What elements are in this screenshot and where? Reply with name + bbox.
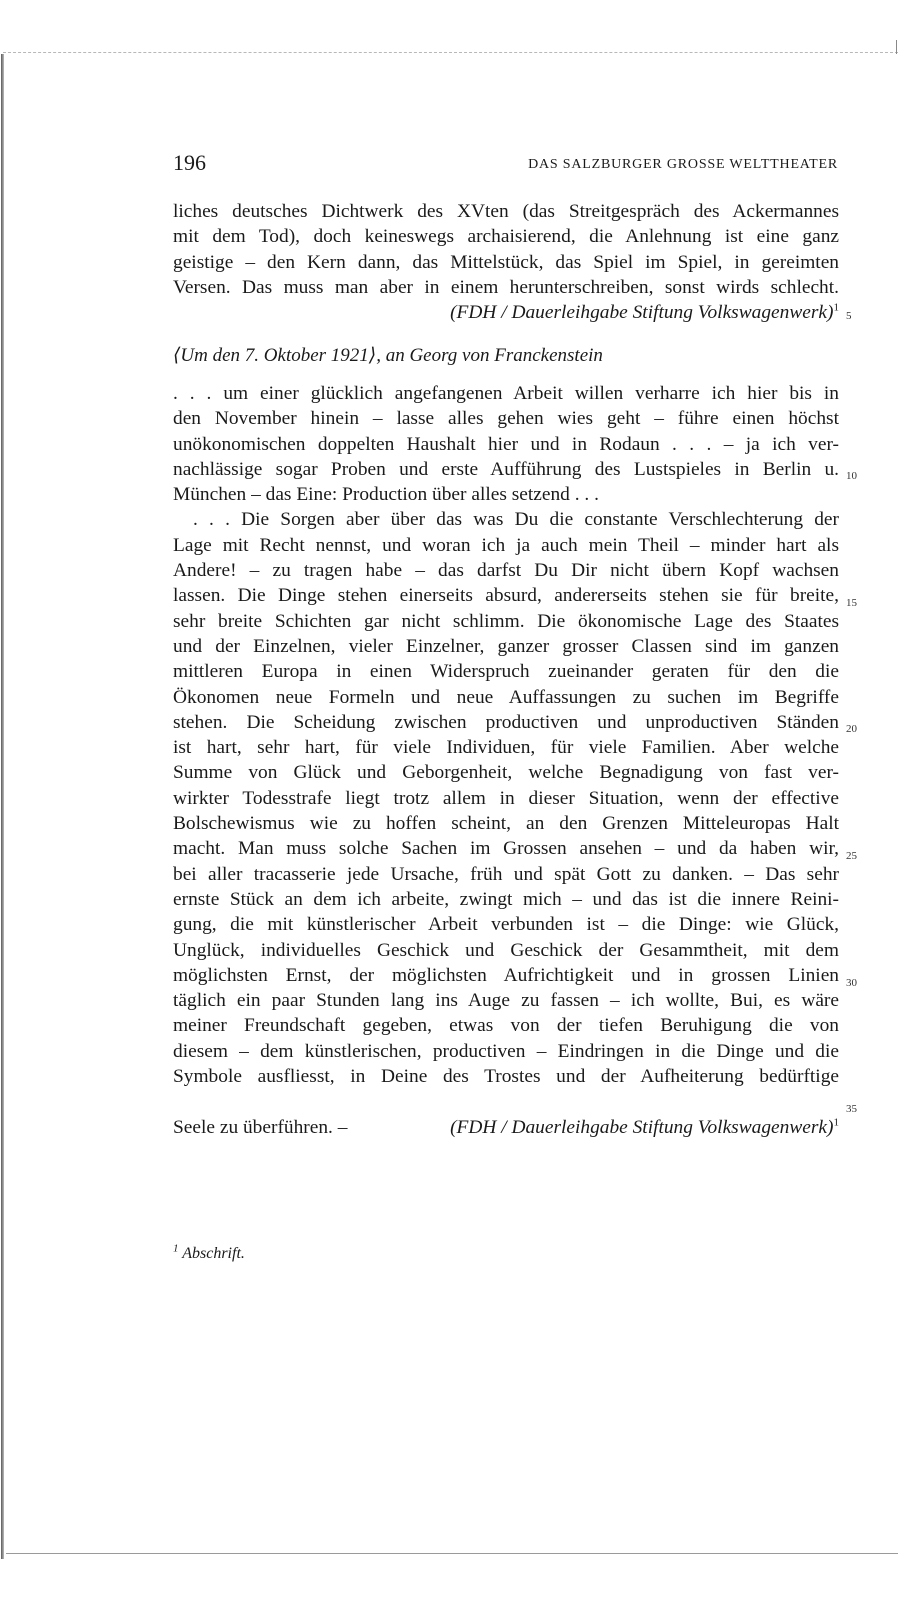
text-line: meiner Freundschaft gegeben, etwas von d… [173, 1013, 839, 1038]
text-line: . . . Die Sorgen aber über das was Du di… [173, 507, 839, 532]
line-number: 25 [846, 850, 857, 862]
text-line: Ökonomen neue Formeln und neue Auffassun… [173, 685, 839, 710]
text-line: Bolschewismus wie zu hoffen scheint, an … [173, 811, 839, 836]
line-number: 30 [846, 977, 857, 989]
text-line: liches deutsches Dichtwerk des XVten (da… [173, 199, 839, 224]
text-line: mit dem Tod), doch keineswegs archaisier… [173, 224, 839, 249]
text-line: Unglück, individuelles Geschick und Gesc… [173, 938, 839, 963]
footnote: 1 Abschrift. [173, 1245, 245, 1263]
scan-border-top [3, 52, 898, 53]
text-line: sehr breite Schichten gar nicht schlimm.… [173, 609, 839, 634]
text-line: stehen. Die Scheidung zwischen productiv… [173, 710, 839, 735]
text-line: unökonomischen doppelten Haushalt hier u… [173, 432, 839, 457]
source-citation: (FDH / Dauerleihgabe Stiftung Volkswagen… [173, 300, 839, 325]
line-number: 15 [846, 597, 857, 609]
text-line: bei aller tracasserie jede Ursache, früh… [173, 862, 839, 887]
line-number: 20 [846, 723, 857, 735]
text-line: täglich ein paar Stunden lang ins Auge z… [173, 988, 839, 1013]
text-line-with-citation: Seele zu überführen. – (FDH / Dauerleihg… [173, 1115, 839, 1140]
line-number: 5 [846, 310, 852, 322]
text-line: nachlässige sogar Proben und erste Auffü… [173, 457, 839, 482]
citation-text: (FDH / Dauerleihgabe Stiftung Volkswagen… [450, 1117, 833, 1138]
text-line: Lage mit Recht nennst, und woran ich ja … [173, 533, 839, 558]
text-line: wirkter Todesstrafe liegt trotz allem in… [173, 786, 839, 811]
text-line: geistige – den Kern dann, das Mittelstüc… [173, 250, 839, 275]
line-number: 10 [846, 470, 857, 482]
text-line [173, 1089, 839, 1114]
letter-heading: ⟨Um den 7. Oktober 1921⟩, an Georg von F… [173, 344, 603, 367]
line-number: 35 [846, 1103, 857, 1115]
text-line: ernste Stück an dem ich arbeite, zwingt … [173, 887, 839, 912]
text-line: und der Einzelnen, vieler Einzelner, gan… [173, 634, 839, 659]
text-line: den November hinein – lasse alles gehen … [173, 406, 839, 431]
running-head: DAS SALZBURGER GROSSE WELTTHEATER [528, 157, 838, 173]
text-line: Andere! – zu tragen habe – das darfst Du… [173, 558, 839, 583]
footnote-mark: 1 [834, 302, 840, 314]
scan-mark [896, 40, 897, 54]
citation-text: (FDH / Dauerleihgabe Stiftung Volkswagen… [450, 302, 833, 323]
text-line: möglichsten Ernst, der möglichsten Aufri… [173, 963, 839, 988]
paragraph-continuation: liches deutsches Dichtwerk des XVten (da… [173, 199, 839, 325]
text-line: . . . um einer glücklich angefangenen Ar… [173, 381, 839, 406]
footnote-mark: 1 [173, 1243, 179, 1255]
text-line: gung, die mit künstlerischer Arbeit verb… [173, 912, 839, 937]
text-line: macht. Man muss solche Sachen im Grossen… [173, 836, 839, 861]
source-citation: (FDH / Dauerleihgabe Stiftung Volkswagen… [450, 1115, 839, 1140]
text-line: Summe von Glück und Geborgenheit, welche… [173, 760, 839, 785]
page-number: 196 [173, 150, 206, 176]
text-fragment: Seele zu überführen. – [173, 1115, 347, 1140]
scan-edge-left [1, 54, 4, 1559]
text-line: München – das Eine: Production über alle… [173, 482, 839, 507]
footnote-mark: 1 [834, 1116, 840, 1128]
text-line: ist hart, sehr hart, für viele Individue… [173, 735, 839, 760]
footnote-text: Abschrift. [182, 1245, 245, 1262]
scan-border-bottom [6, 1553, 898, 1554]
text-line: Symbole ausfliesst, in Deine des Trostes… [173, 1064, 839, 1089]
text-line: diesem – dem künstlerischen, productiven… [173, 1039, 839, 1064]
text-line: lassen. Die Dinge stehen einerseits absu… [173, 583, 839, 608]
text-line: mittleren Europa in einen Widerspruch zu… [173, 659, 839, 684]
letter-body: . . . um einer glücklich angefangenen Ar… [173, 381, 839, 1140]
text-line: Versen. Das muss man aber in einem herun… [173, 275, 839, 300]
